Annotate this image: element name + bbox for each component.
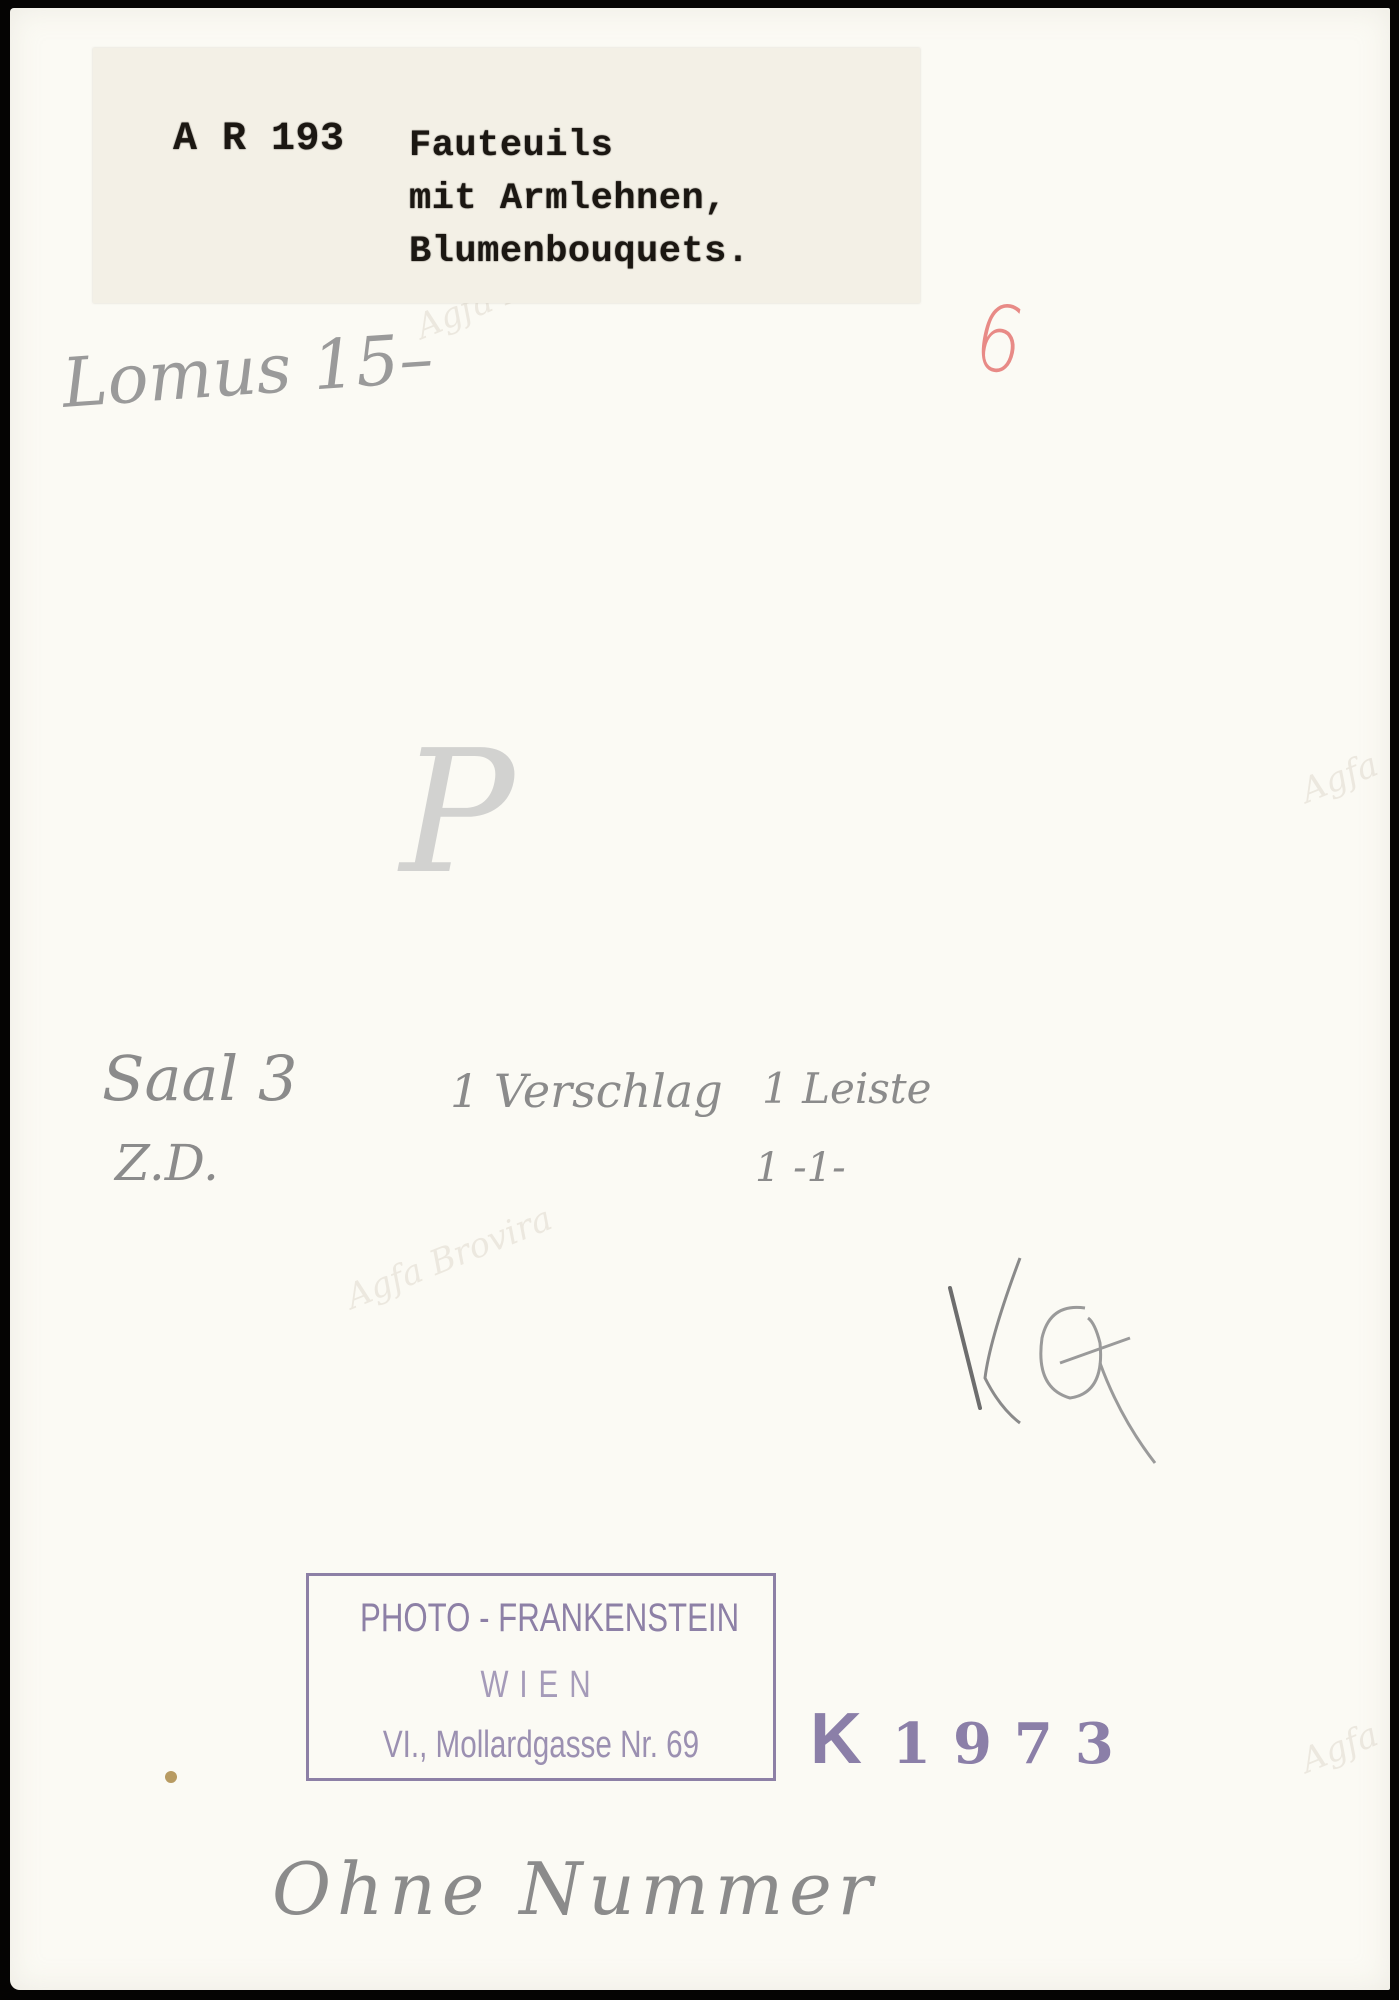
stamp-studio-name: PHOTO - FRANKENSTEIN	[360, 1596, 722, 1641]
initials-kg-signature	[910, 1248, 1170, 1478]
paper-spot	[165, 1771, 177, 1783]
photographer-stamp: PHOTO - FRANKENSTEIN WIEN VI., Mollardga…	[306, 1573, 776, 1781]
label-line-2: mit Armlehnen,	[409, 181, 727, 218]
watermark-agfa: Agfa	[1295, 1715, 1383, 1782]
stamp-city: WIEN	[360, 1664, 722, 1707]
pencil-note-initials-zd: Z.D.	[115, 1138, 219, 1188]
catalog-code: A R 193	[173, 120, 345, 160]
inventory-number-stamp: K1973	[810, 1698, 1136, 1780]
label-line-1: Fauteuils	[409, 128, 613, 165]
pencil-note-strip: 1 Leiste	[762, 1068, 932, 1110]
stamp-address: VI., Mollardgasse Nr. 69	[360, 1724, 722, 1767]
label-line-3: Blumenbouquets.	[409, 234, 750, 271]
watermark-agfa-brovira: Agfa Brovira	[340, 1199, 557, 1318]
inventory-prefix: K	[810, 1699, 892, 1779]
watermark-agfa: Agfa	[1295, 745, 1383, 812]
typed-catalog-label: A R 193 Fauteuils mit Armlehnen, Blumenb…	[93, 48, 920, 303]
pencil-note-room: Saal 3	[102, 1048, 297, 1110]
pencil-letter-p: P	[400, 728, 514, 898]
inventory-number: 1973	[892, 1711, 1136, 1777]
pencil-note-top-left: Lomus 15–	[60, 325, 435, 419]
pencil-note-crate: 1 Verschlag	[450, 1068, 723, 1114]
photo-back-paper: Agfa Brovira Agfa Brovira Agfa Agfa A R …	[10, 8, 1390, 1990]
pencil-note-bottom: Ohne Nummer	[272, 1853, 878, 1925]
pencil-note-quantity: 1 -1-	[755, 1148, 846, 1188]
red-number-mark: 6	[965, 282, 1033, 396]
